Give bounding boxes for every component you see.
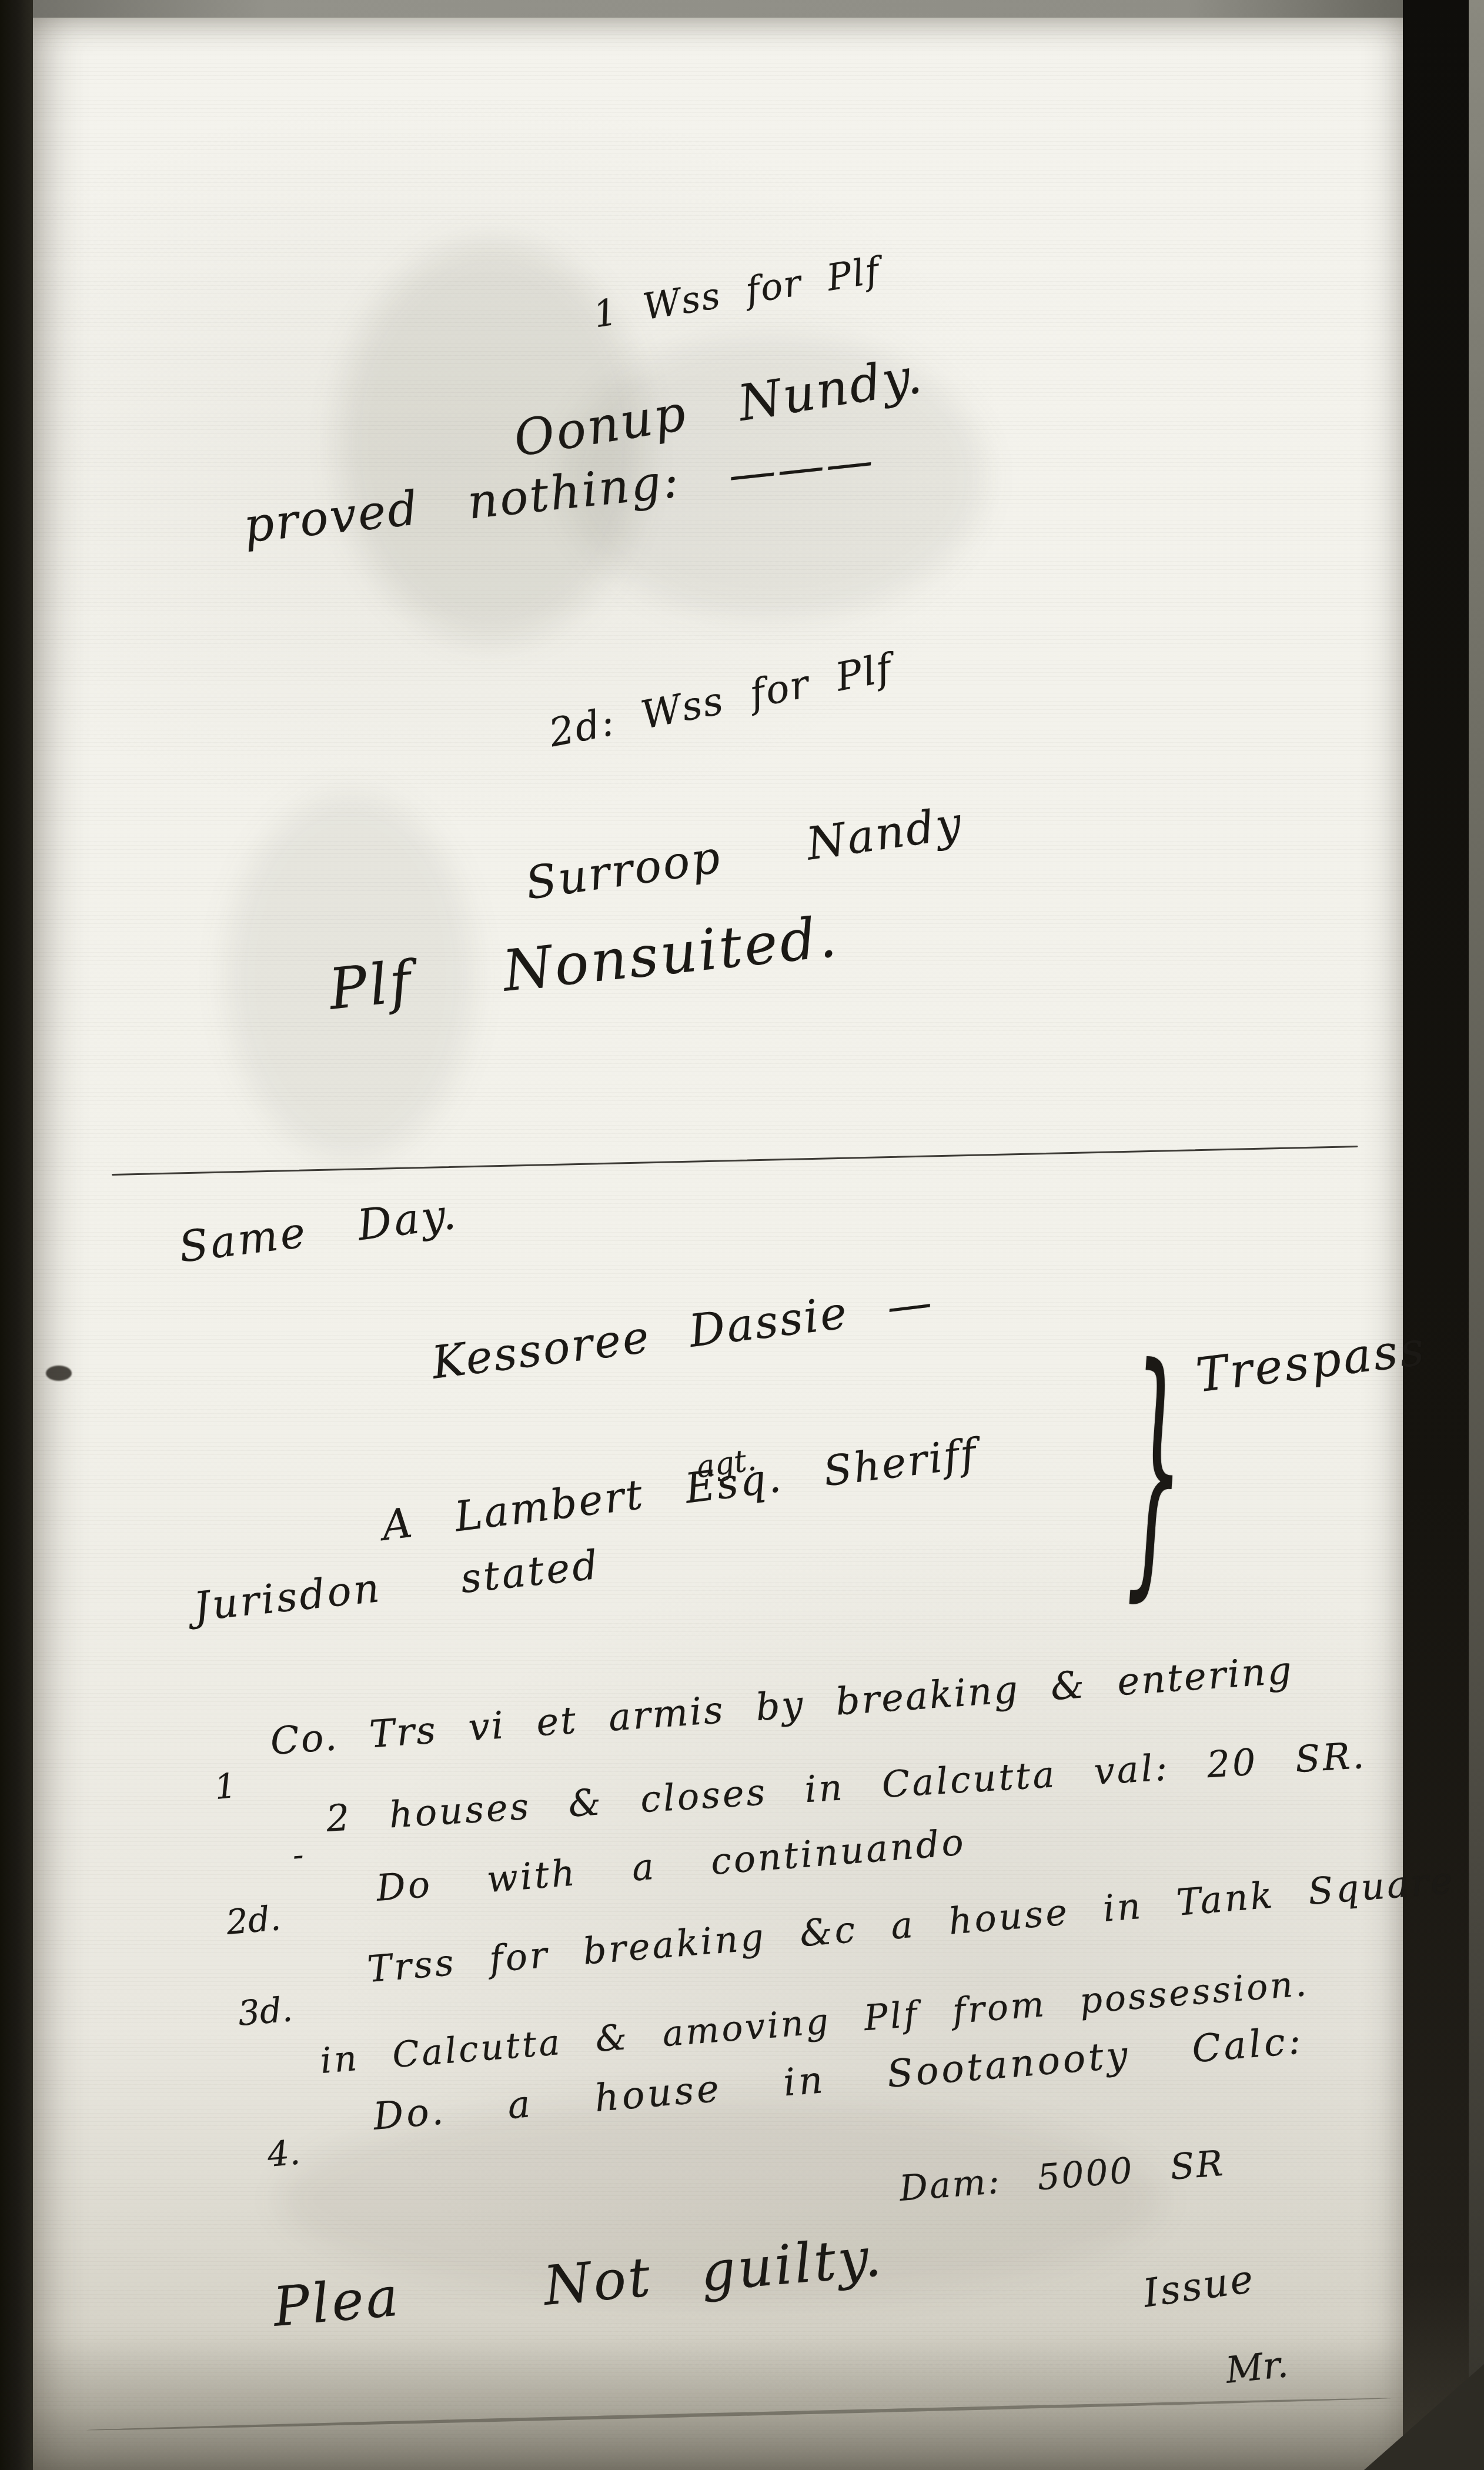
scan-top-edge <box>0 0 1484 18</box>
page-gutter-shadow <box>1403 0 1469 2470</box>
count4-number: 4. <box>266 2135 301 2172</box>
scanned-manuscript-screenshot: 1 Wss for Plf Oonup Nundy. proved nothin… <box>0 0 1484 2470</box>
clerk-initials: Mr. <box>1224 2346 1290 2389</box>
count1-number: 1 <box>213 1768 238 1804</box>
book-binding-edge <box>0 0 33 2470</box>
count2-number: 2d. <box>225 1901 282 1940</box>
margin-ink-blot <box>46 1366 72 1381</box>
count3-number: 3d. <box>236 1992 293 2031</box>
scan-right-edge <box>1469 0 1484 2470</box>
plea-label: Plea <box>271 2269 403 2335</box>
count1-margin-mark: - <box>292 1839 305 1871</box>
